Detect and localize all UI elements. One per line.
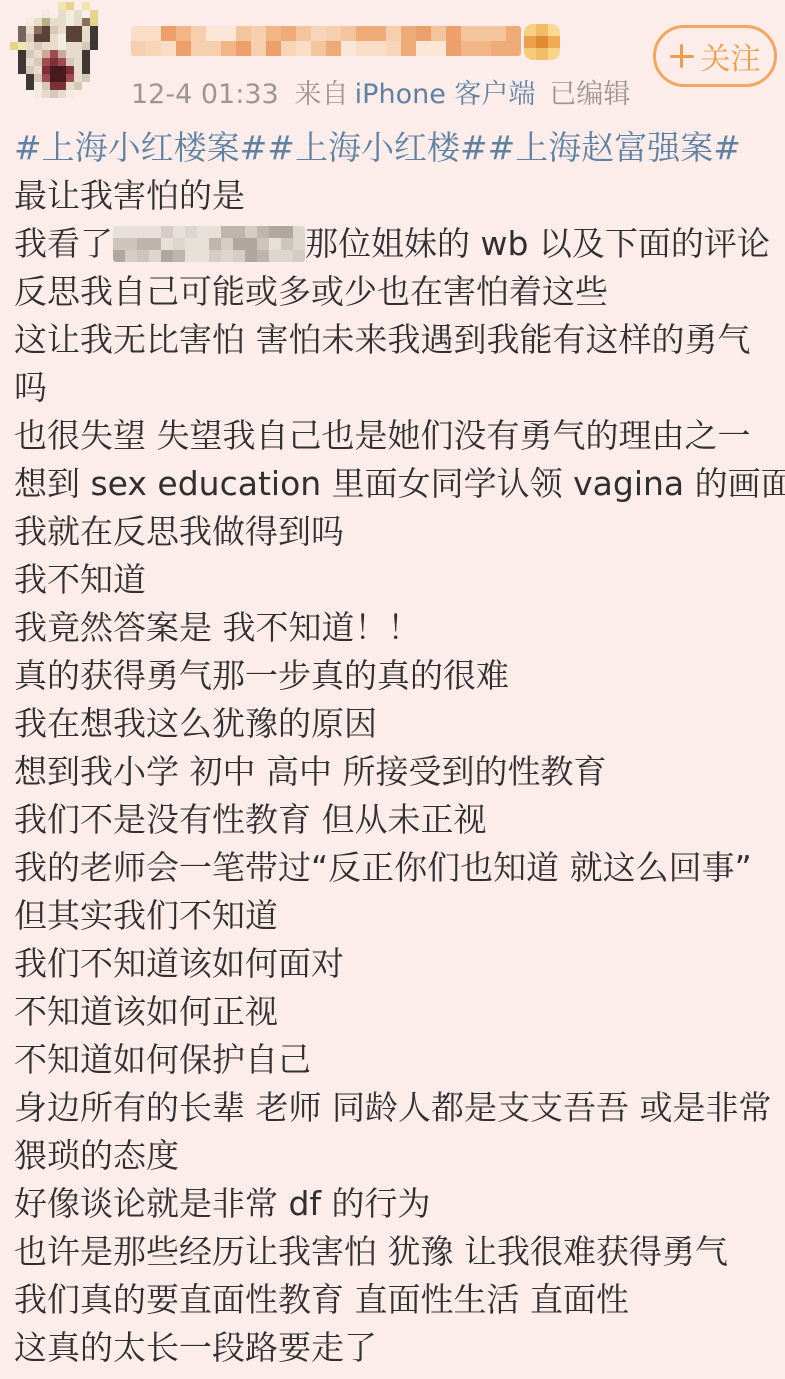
post-line: 不知道如何保护自己	[14, 1036, 778, 1084]
post-line: 吗	[14, 364, 778, 412]
post-line: 我的老师会一笔带过“反正你们也知道 就这么回事”	[14, 844, 778, 892]
timestamp: 12-4 01:33	[131, 79, 279, 110]
post-line: 我就在反思我做得到吗	[14, 508, 778, 556]
post-line: 真的获得勇气那一步真的真的很难	[14, 652, 778, 700]
post-line: 猥琐的态度	[14, 1132, 778, 1180]
weibo-post-page: 12-4 01:33来自iPhone 客户端已编辑 关注 #上海小红楼案##上海…	[0, 0, 785, 1379]
post-text-lines: 最让我害怕的是我看了那位姐妹的 wb 以及下面的评论反思我自己可能或多或少也在害…	[14, 172, 778, 1372]
user-avatar-pixelated[interactable]	[10, 2, 114, 98]
post-line: 也许是那些经历让我害怕 犹豫 让我很难获得勇气	[14, 1228, 778, 1276]
follow-label: 关注	[701, 34, 761, 78]
follow-button[interactable]: 关注	[653, 25, 777, 87]
username-blurred[interactable]	[131, 26, 521, 56]
post-line: 这真的太长一段路要走了	[14, 1324, 778, 1372]
post-line: 想到 sex education 里面女同学认领 vagina 的画面	[14, 460, 778, 508]
post-line: 我看了那位姐妹的 wb 以及下面的评论	[14, 220, 778, 268]
edited-badge: 已编辑	[549, 79, 630, 110]
post-body: #上海小红楼案##上海小红楼##上海赵富强案# 最让我害怕的是我看了那位姐妹的 …	[14, 124, 778, 1372]
post-line: 也很失望 失望我自己也是她们没有勇气的理由之一	[14, 412, 778, 460]
post-line: 我不知道	[14, 556, 778, 604]
post-line-text: 我看了	[14, 224, 113, 263]
post-meta: 12-4 01:33来自iPhone 客户端已编辑	[131, 72, 630, 111]
post-line: 我竟然答案是 我不知道！！	[14, 604, 778, 652]
username-emoji-blur	[524, 24, 560, 60]
post-line: 不知道该如何正视	[14, 988, 778, 1036]
post-line: 我们不是没有性教育 但从未正视	[14, 796, 778, 844]
post-line: 我们不知道该如何面对	[14, 940, 778, 988]
post-line: 反思我自己可能或多或少也在害怕着这些	[14, 268, 778, 316]
post-line: 这让我无比害怕 害怕未来我遇到我能有这样的勇气	[14, 316, 778, 364]
post-line: 我们真的要直面性教育 直面性生活 直面性	[14, 1276, 778, 1324]
post-line: 但其实我们不知道	[14, 892, 778, 940]
post-line: 想到我小学 初中 高中 所接受到的性教育	[14, 748, 778, 796]
source-link[interactable]: iPhone 客户端	[355, 79, 536, 110]
post-line: 最让我害怕的是	[14, 172, 778, 220]
plus-icon	[670, 44, 694, 68]
source-prefix: 来自	[295, 79, 349, 110]
post-line-text: 那位姐妹的 wb 以及下面的评论	[305, 224, 770, 263]
post-line: 好像谈论就是非常 df 的行为	[14, 1180, 778, 1228]
post-line: 身边所有的长辈 老师 同龄人都是支支吾吾 或是非常	[14, 1084, 778, 1132]
redacted-mention	[113, 226, 305, 262]
post-line: 我在想我这么犹豫的原因	[14, 700, 778, 748]
hashtag-links[interactable]: #上海小红楼案##上海小红楼##上海赵富强案#	[14, 124, 778, 172]
